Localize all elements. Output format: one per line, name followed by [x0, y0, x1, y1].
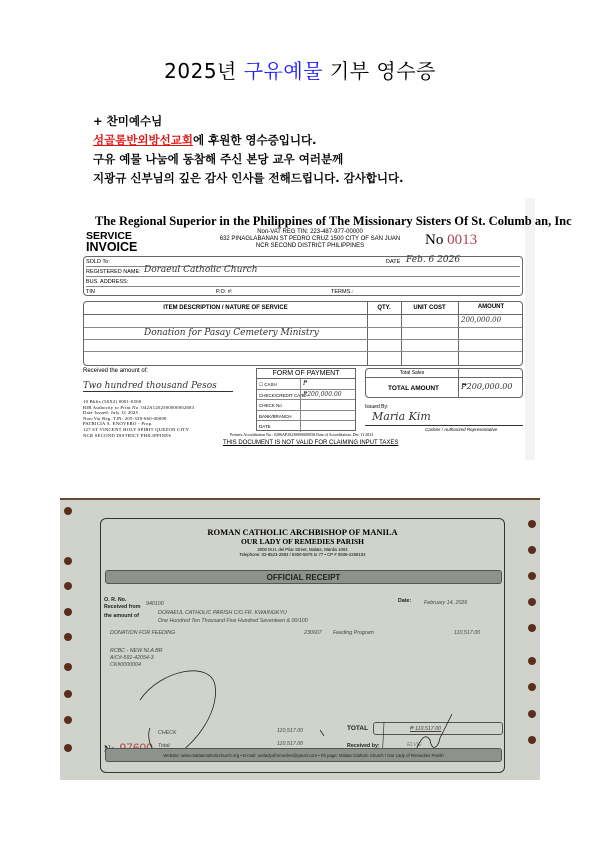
- cashier-label: Cashier / Authorized Representative: [425, 427, 497, 432]
- title-highlight: 구유예물: [244, 59, 323, 83]
- mission-society-link[interactable]: 성골롬반외방선교회: [93, 133, 193, 147]
- item-amount: 200,000.00: [461, 316, 501, 324]
- total-amount: ₱200,000.00: [461, 382, 512, 391]
- invoice-totals-box: Total Sales TOTAL AMOUNT ₱200,000.00: [365, 368, 523, 398]
- intro-line-1: + 찬미예수님: [93, 112, 403, 131]
- service-invoice-image: The Regional Superior in the Philippines…: [80, 198, 535, 460]
- received-label: Received the amount of:: [83, 368, 148, 374]
- invoice-doc-type: SERVICE INVOICE: [86, 231, 137, 253]
- invoice-date: Feb. 6 2026: [406, 255, 460, 265]
- item-description: Donation for Pasay Cemetery Ministry: [144, 328, 319, 338]
- intro-line-4: 지광규 신부님의 깊은 감사 인사를 전해드립니다. 감사합니다.: [93, 169, 403, 188]
- official-receipt-image: ROMAN CATHOLIC ARCHBISHOP OF MANILA OUR …: [60, 498, 540, 780]
- invoice-customer-box: SOLD To: DATE Feb. 6 2026 REGISTERED NAM…: [83, 256, 523, 296]
- intro-line-2: 성골롬반외방선교회에 후원한 영수증입니다.: [93, 131, 403, 150]
- accreditation-line: Printers Accreditation No.: 0286AP202300…: [230, 432, 373, 437]
- intro-message: + 찬미예수님 성골롬반외방선교회에 후원한 영수증입니다. 구유 예물 나눔에…: [93, 112, 403, 188]
- not-valid-notice: THIS DOCUMENT IS NOT VALID FOR CLAIMING …: [223, 440, 398, 446]
- handwritten-marks: [60, 500, 540, 782]
- receipt-footer: Website: www.malatecatholicchurch.org • …: [105, 748, 502, 762]
- issuer-signature: Maria Kim: [372, 410, 431, 423]
- title-suffix: 기부 영수증: [330, 59, 436, 83]
- invoice-number: No 0013: [425, 232, 477, 249]
- intro-line-3: 구유 예물 나눔에 동참해 주신 본당 교우 여러분께: [93, 150, 403, 169]
- invoice-address: Non-VAT REG TIN: 223-487-977-00000 632 P…: [210, 229, 410, 250]
- invoice-items-table: ITEM DESCRIPTION / NATURE OF SERVICE QTY…: [83, 301, 523, 366]
- page-title: 2025년 구유예물 기부 영수증: [0, 55, 600, 84]
- printer-info: 10 Bklts (50X2) 0001-0500 BIR Authority …: [83, 399, 194, 438]
- form-of-payment-table: FORM OF PAYMENT ☐ CASH₱ CHECK/CREDIT CAR…: [256, 368, 356, 431]
- title-prefix: 2025년: [164, 59, 237, 83]
- registered-name: Doraeul Catholic Church: [144, 265, 258, 275]
- amount-in-words: Two hundred thousand Pesos: [83, 381, 233, 392]
- invoice-org-name: The Regional Superior in the Philippines…: [95, 214, 525, 229]
- cash-checkbox: ☐ CASH: [259, 382, 277, 388]
